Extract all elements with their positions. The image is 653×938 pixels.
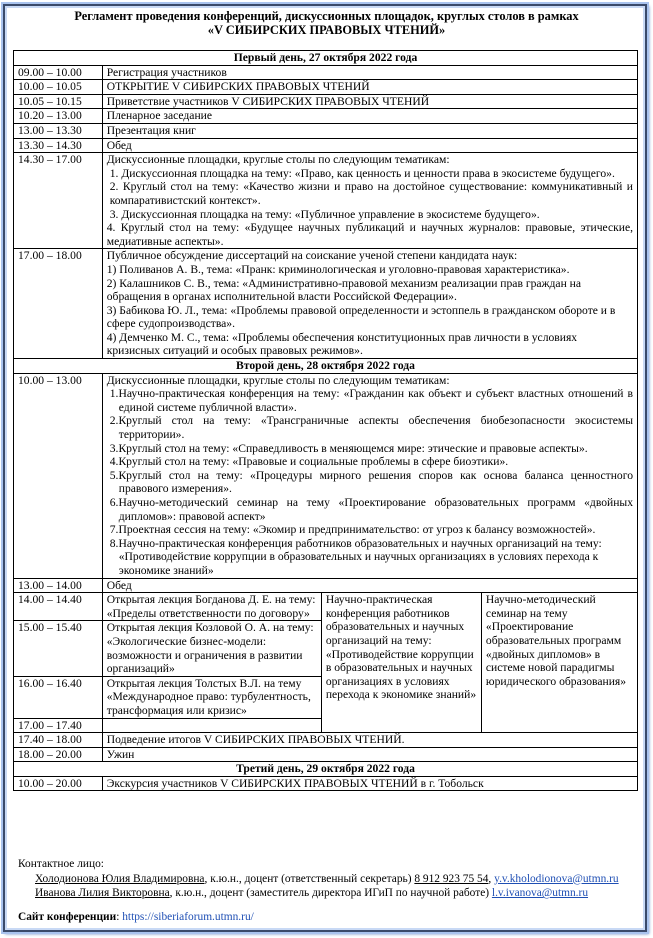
- site-label: Сайт конференции: [18, 911, 116, 923]
- contacts-label: Контактное лицо:: [18, 857, 638, 872]
- contact-email-link[interactable]: y.v.kholodionova@utmn.ru: [494, 873, 619, 885]
- time-cell: 15.00 – 15.40: [14, 621, 103, 676]
- time-cell: 13.00 – 13.30: [14, 123, 103, 138]
- table-row: 13.00 – 13.30 Презентация книг: [14, 123, 638, 138]
- event-cell: Регистрация участников: [102, 65, 637, 80]
- dissertation-item: 1) Поливанов А. В., тема: «Пранк: кримин…: [107, 263, 633, 277]
- time-cell: 16.00 – 16.40: [14, 676, 103, 718]
- discussion-item: 6.Научно-методический семинар на тему «П…: [107, 496, 633, 523]
- event-cell: ОТКРЫТИЕ V СИБИРСКИХ ПРАВОВЫХ ЧТЕНИЙ: [102, 80, 637, 95]
- event-cell: Приветствие участников V СИБИРСКИХ ПРАВО…: [102, 94, 637, 109]
- day-header-row: Второй день, 28 октября 2022 года: [14, 359, 638, 374]
- time-cell: 10.00 – 20.00: [14, 776, 103, 791]
- time-cell: 17.00 – 17.40: [14, 718, 103, 733]
- contact-name: Холодионова Юлия Владимировна: [35, 873, 205, 885]
- discussion-item: 3.Круглый стол на тему: «Справедливость …: [107, 442, 633, 456]
- event-cell: Обед: [102, 578, 637, 593]
- time-cell: 10.20 – 13.00: [14, 109, 103, 124]
- contact-details: , к.ю.н., доцент (заместитель директора …: [170, 887, 492, 899]
- lecture-cell: Открытая лекция Козловой О. А. на тему: …: [102, 621, 321, 676]
- contact-name: Иванова Лилия Викторовна: [35, 887, 170, 899]
- table-row: 13.00 – 14.00 Обед: [14, 578, 638, 593]
- table-row: 10.00 – 10.05 ОТКРЫТИЕ V СИБИРСКИХ ПРАВО…: [14, 80, 638, 95]
- time-cell: 17.40 – 18.00: [14, 733, 103, 748]
- day-header-row: Третий день, 29 октября 2022 года: [14, 762, 638, 777]
- day1-header: Первый день, 27 октября 2022 года: [14, 51, 638, 66]
- schedule-table: Первый день, 27 октября 2022 года 09.00 …: [13, 50, 638, 791]
- time-cell: 14.00 – 14.40: [14, 593, 103, 621]
- discussion-item: 8.Научно-практическая конференция работн…: [107, 537, 633, 578]
- time-cell: 10.00 – 10.05: [14, 80, 103, 95]
- contact-person-2: Иванова Лилия Викторовна, к.ю.н., доцент…: [18, 886, 638, 901]
- event-cell: Дискуссионные площадки, круглые столы по…: [102, 153, 637, 249]
- time-cell: 10.00 – 13.00: [14, 373, 103, 578]
- discussion-item: 5.Круглый стол на тему: «Процедуры мирно…: [107, 469, 633, 496]
- dissertation-item: 4) Демченко М. С., тема: «Проблемы обесп…: [107, 331, 633, 358]
- event-cell: Обед: [102, 138, 637, 153]
- contact-details: , к.ю.н., доцент (ответственный секретар…: [205, 873, 415, 885]
- parallel-seminar-cell: Научно-методический семинар на тему «Про…: [481, 593, 637, 733]
- event-cell: Дискуссионные площадки, круглые столы по…: [102, 373, 637, 578]
- title-line-2: «V СИБИРСКИХ ПРАВОВЫХ ЧТЕНИЙ»: [0, 23, 653, 37]
- event-cell: Экскурсия участников V СИБИРСКИХ ПРАВОВЫ…: [102, 776, 637, 791]
- table-row: 10.05 – 10.15 Приветствие участников V С…: [14, 94, 638, 109]
- table-row: 18.00 – 20.00 Ужин: [14, 747, 638, 762]
- lecture-cell: [102, 718, 321, 733]
- table-row: 14.00 – 14.40 Открытая лекция Богданова …: [14, 593, 638, 621]
- time-cell: 18.00 – 20.00: [14, 747, 103, 762]
- table-row: 14.30 – 17.00 Дискуссионные площадки, кр…: [14, 153, 638, 249]
- discussion-item: 1. Дискуссионная площадка на тему: «Прав…: [107, 167, 633, 181]
- contacts-section: Контактное лицо: Холодионова Юлия Владим…: [18, 857, 638, 901]
- discussion-item: 4. Круглый стол на тему: «Будущее научны…: [107, 221, 633, 248]
- event-cell: Пленарное заседание: [102, 109, 637, 124]
- conference-site: Сайт конференции: https://siberiaforum.u…: [18, 911, 254, 923]
- discussion-intro: Дискуссионные площадки, круглые столы по…: [107, 374, 633, 388]
- dissertations-intro: Публичное обсуждение диссертаций на соис…: [107, 249, 633, 263]
- parallel-conference-cell: Научно-практическая конференция работник…: [321, 593, 481, 733]
- discussion-item: 2.Круглый стол на тему: «Трансграничные …: [107, 414, 633, 441]
- event-cell: Публичное обсуждение диссертаций на соис…: [102, 249, 637, 359]
- discussion-item: 1.Научно-практическая конференция на тем…: [107, 387, 633, 414]
- table-row: 17.00 – 18.00 Публичное обсуждение диссе…: [14, 249, 638, 359]
- event-cell: Подведение итогов V СИБИРСКИХ ПРАВОВЫХ Ч…: [102, 733, 637, 748]
- discussion-intro: Дискуссионные площадки, круглые столы по…: [107, 153, 633, 167]
- dissertation-item: 2) Калашников С. В., тема: «Администрати…: [107, 277, 633, 304]
- table-row: 10.00 – 20.00 Экскурсия участников V СИБ…: [14, 776, 638, 791]
- day-header-row: Первый день, 27 октября 2022 года: [14, 51, 638, 66]
- table-row: 10.00 – 13.00 Дискуссионные площадки, кр…: [14, 373, 638, 578]
- time-cell: 13.00 – 14.00: [14, 578, 103, 593]
- site-link[interactable]: https://siberiaforum.utmn.ru/: [122, 911, 254, 923]
- dissertation-item: 3) Бабикова Ю. Л., тема: «Проблемы право…: [107, 304, 633, 331]
- event-cell: Презентация книг: [102, 123, 637, 138]
- table-row: 09.00 – 10.00 Регистрация участников: [14, 65, 638, 80]
- time-cell: 14.30 – 17.00: [14, 153, 103, 249]
- time-cell: 13.30 – 14.30: [14, 138, 103, 153]
- discussion-item: 7.Проектная сессия на тему: «Экомир и пр…: [107, 523, 633, 537]
- document-title: Регламент проведения конференций, дискус…: [0, 9, 653, 37]
- contact-email-link[interactable]: l.v.ivanova@utmn.ru: [492, 887, 588, 899]
- event-cell: Ужин: [102, 747, 637, 762]
- title-line-1: Регламент проведения конференций, дискус…: [0, 9, 653, 23]
- contact-person-1: Холодионова Юлия Владимировна, к.ю.н., д…: [18, 872, 638, 887]
- time-cell: 09.00 – 10.00: [14, 65, 103, 80]
- day3-header: Третий день, 29 октября 2022 года: [14, 762, 638, 777]
- table-row: 10.20 – 13.00 Пленарное заседание: [14, 109, 638, 124]
- discussion-item: 4.Круглый стол на тему: «Правовые и соци…: [107, 455, 633, 469]
- time-cell: 10.05 – 10.15: [14, 94, 103, 109]
- lecture-cell: Открытая лекция Толстых В.Л. на тему «Ме…: [102, 676, 321, 718]
- contact-phone[interactable]: 8 912 923 75 54: [414, 873, 488, 885]
- table-row: 13.30 – 14.30 Обед: [14, 138, 638, 153]
- lecture-cell: Открытая лекция Богданова Д. Е. на тему:…: [102, 593, 321, 621]
- time-cell: 17.00 – 18.00: [14, 249, 103, 359]
- discussion-item: 3. Дискуссионная площадка на тему: «Публ…: [107, 208, 633, 222]
- discussion-item: 2. Круглый стол на тему: «Качество жизни…: [107, 180, 633, 207]
- table-row: 17.40 – 18.00 Подведение итогов V СИБИРС…: [14, 733, 638, 748]
- day2-header: Второй день, 28 октября 2022 года: [14, 359, 638, 374]
